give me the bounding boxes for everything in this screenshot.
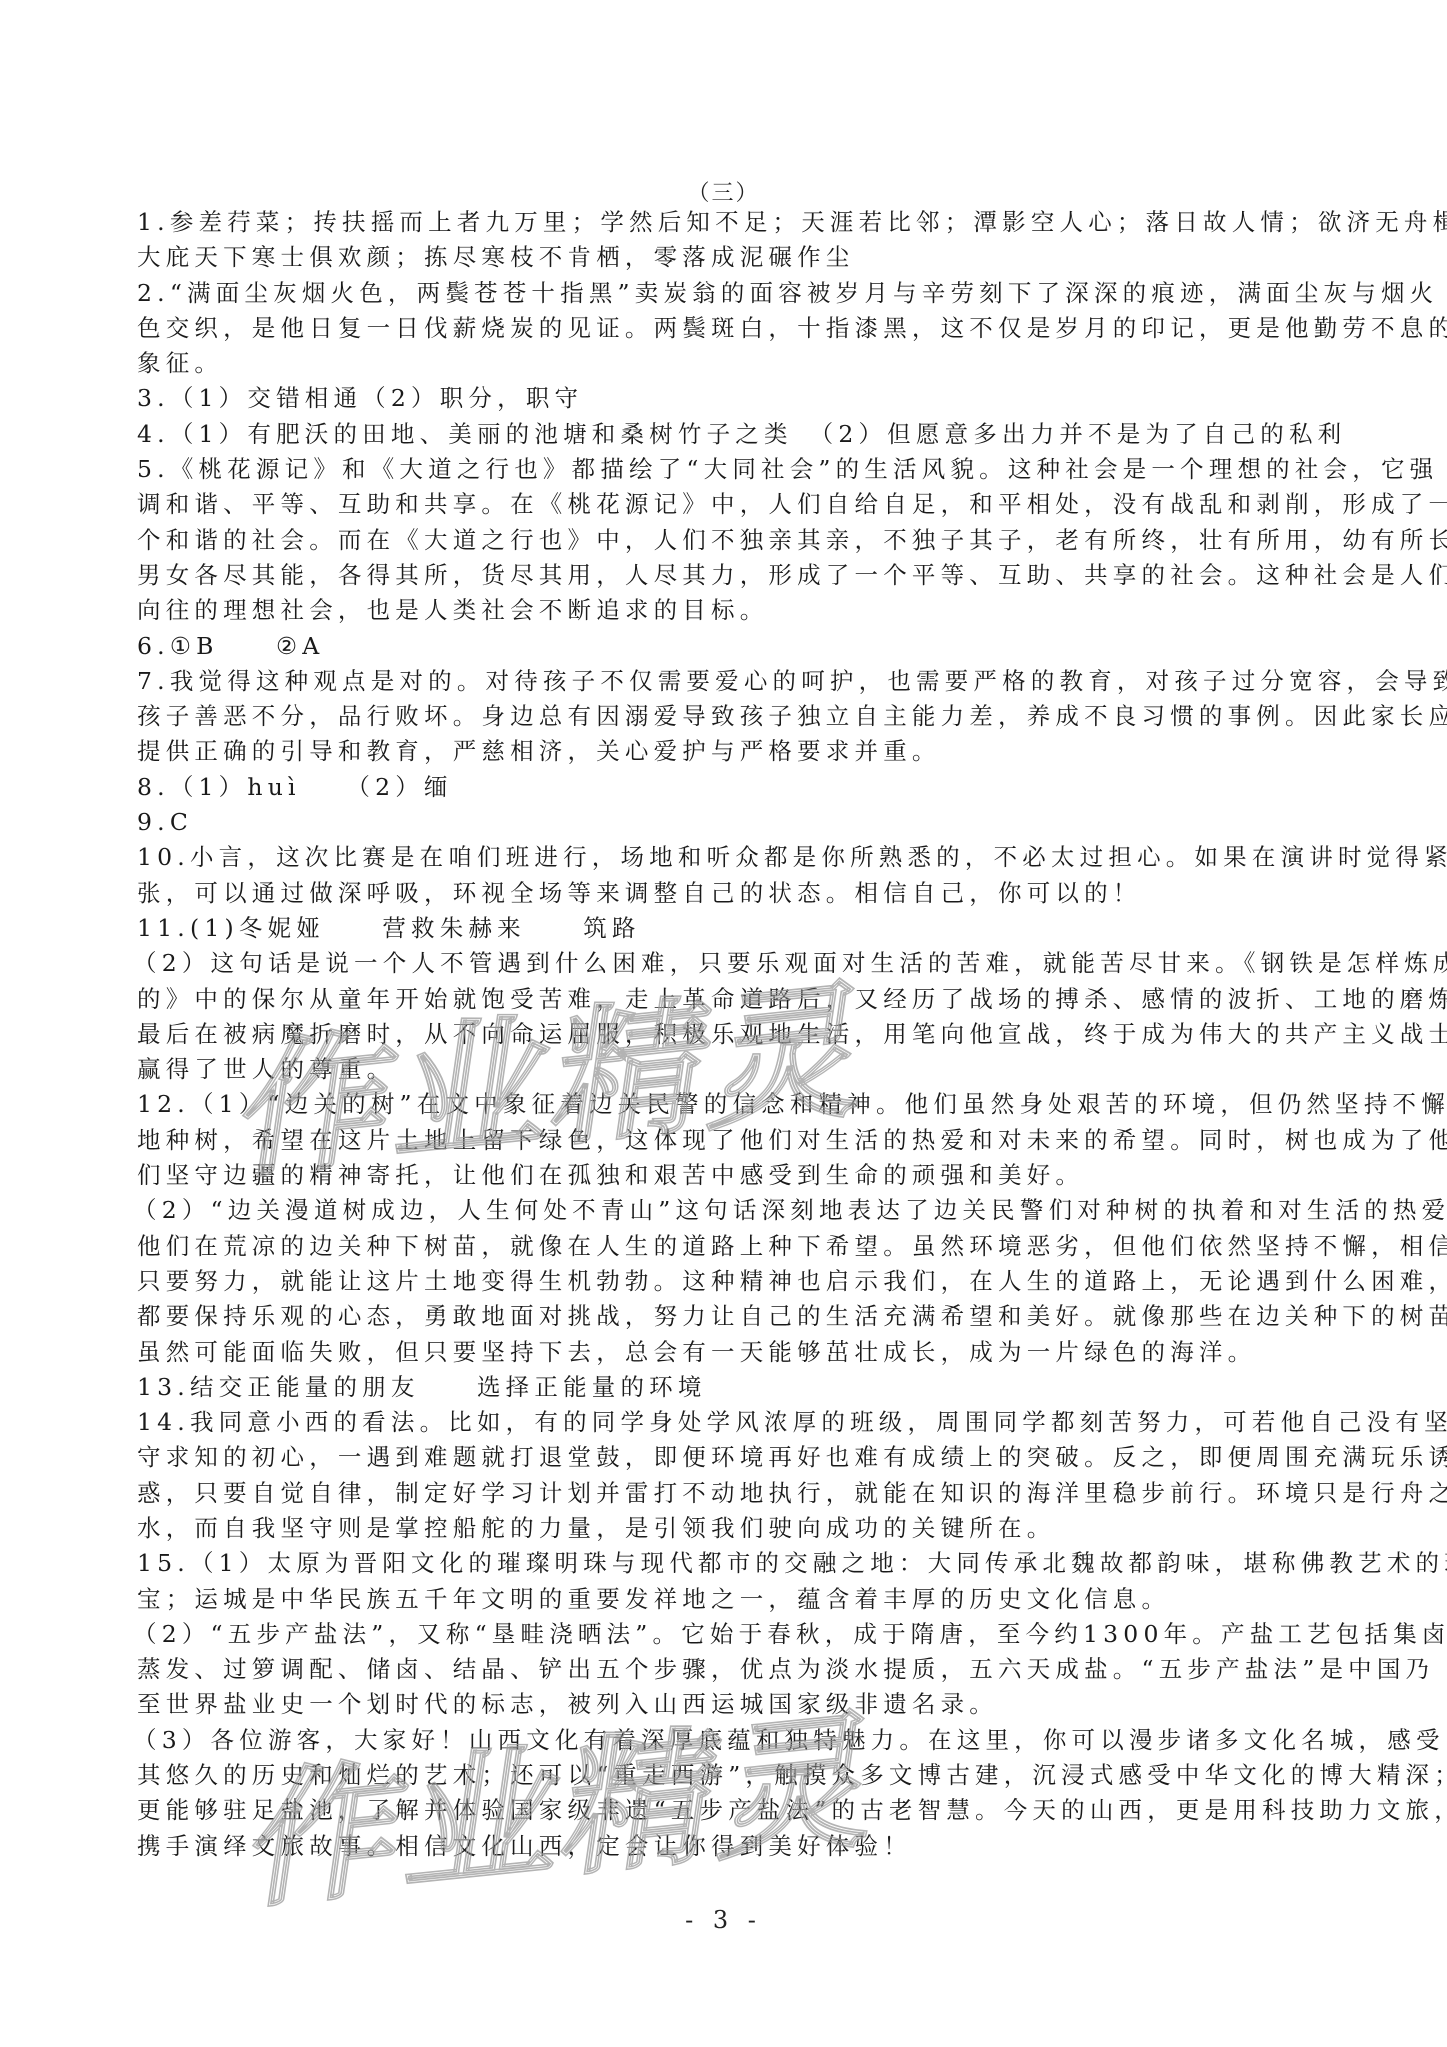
text-line: 赢得了世人的尊重。 [137,1052,1309,1087]
text-line: 向往的理想社会，也是人类社会不断追求的目标。 [137,593,1309,628]
text-line: （3）各位游客，大家好！山西文化有着深厚底蕴和独特魅力。在这里，你可以漫步诸多文… [133,1723,1309,1758]
text-line: （2）“五步产盐法”，又称“垦畦浇晒法”。它始于春秋，成于隋唐，至今约1300年… [133,1617,1309,1652]
text-line: 5.《桃花源记》和《大道之行也》都描绘了“大同社会”的生活风貌。这种社会是一个理… [137,452,1309,487]
text-line: 更能够驻足盐池，了解并体验国家级非遗“五步产盐法”的古老智慧。今天的山西，更是用… [137,1793,1309,1828]
text-line: 8.（1）huì （2）缅 [137,770,1309,805]
text-line: 4.（1）有肥沃的田地、美丽的池塘和桑树竹子之类 （2）但愿意多出力并不是为了自… [137,417,1309,452]
text-line: 15.（1）太原为晋阳文化的璀璨明珠与现代都市的交融之地：大同传承北魏故都韵味，… [137,1546,1309,1581]
text-line: 调和谐、平等、互助和共享。在《桃花源记》中，人们自给自足，和平相处，没有战乱和剥… [137,487,1309,522]
text-line: 11.(1)冬妮娅 营救朱赫来 筑路 [137,911,1309,946]
text-line: 虽然可能面临失败，但只要坚持下去，总会有一天能够茁壮成长，成为一片绿色的海洋。 [137,1335,1309,1370]
text-line: 只要努力，就能让这片土地变得生机勃勃。这种精神也启示我们，在人生的道路上，无论遇… [137,1264,1309,1299]
text-line: 12.（1）“边关的树”在文中象征着边关民警的信念和精神。他们虽然身处艰苦的环境… [137,1087,1309,1122]
text-line: 他们在荒凉的边关种下树苗，就像在人生的道路上种下希望。虽然环境恶劣，但他们依然坚… [137,1229,1309,1264]
text-line: 宝；运城是中华民族五千年文明的重要发祥地之一，蕴含着丰厚的历史文化信息。 [137,1582,1309,1617]
page-number: - 3 - [0,1906,1447,1934]
text-line: 6.①B ②A [137,629,1309,664]
text-line: 象征。 [137,346,1309,381]
text-line: 9.C [137,805,1309,840]
text-line: 孩子善恶不分，品行败坏。身边总有因溺爱导致孩子独立自主能力差，养成不良习惯的事例… [137,699,1309,734]
text-line: 们坚守边疆的精神寄托，让他们在孤独和艰苦中感受到生命的顽强和美好。 [137,1158,1309,1193]
text-line: 的》中的保尔从童年开始就饱受苦难，走上革命道路后，又经历了战场的搏杀、感情的波折… [137,982,1309,1017]
text-line: 色交织，是他日复一日伐薪烧炭的见证。两鬓斑白，十指漆黑，这不仅是岁月的印记，更是… [137,311,1309,346]
text-line: 男女各尽其能，各得其所，货尽其用，人尽其力，形成了一个平等、互助、共享的社会。这… [137,558,1309,593]
text-line: 地种树，希望在这片土地上留下绿色，这体现了他们对生活的热爱和对未来的希望。同时，… [137,1123,1309,1158]
section-title: （三） [0,176,1447,207]
text-line: 水，而自我坚守则是掌控船舵的力量，是引领我们驶向成功的关键所在。 [137,1511,1309,1546]
text-line: 携手演绎文旅故事。相信文化山西，定会让你得到美好体验！ [137,1829,1309,1864]
text-line: 其悠久的历史和灿烂的艺术；还可以“重走西游”，触摸众多文博古建，沉浸式感受中华文… [137,1758,1309,1793]
answer-key-page: （三） 1.参差荇菜；抟扶摇而上者九万里；学然后知不足；天涯若比邻；潭影空人心；… [0,0,1447,2047]
text-line: 大庇天下寒士俱欢颜；拣尽寒枝不肯栖，零落成泥碾作尘 [137,240,1309,275]
text-line: 蒸发、过箩调配、储卤、结晶、铲出五个步骤，优点为淡水提质，五六天成盐。“五步产盐… [137,1652,1309,1687]
text-line: 都要保持乐观的心态，勇敢地面对挑战，努力让自己的生活充满希望和美好。就像那些在边… [137,1299,1309,1334]
text-line: 14.我同意小西的看法。比如，有的同学身处学风浓厚的班级，周围同学都刻苦努力，可… [137,1405,1309,1440]
text-line: 10.小言，这次比赛是在咱们班进行，场地和听众都是你所熟悉的，不必太过担心。如果… [137,840,1309,875]
text-line: （2）这句话是说一个人不管遇到什么困难，只要乐观面对生活的苦难，就能苦尽甘来。《… [133,946,1309,981]
text-line: 守求知的初心，一遇到难题就打退堂鼓，即便环境再好也难有成绩上的突破。反之，即便周… [137,1440,1309,1475]
text-line: 3.（1）交错相通（2）职分，职守 [137,381,1309,416]
text-line: 张，可以通过做深呼吸，环视全场等来调整自己的状态。相信自己，你可以的！ [137,876,1309,911]
text-line: 13.结交正能量的朋友 选择正能量的环境 [137,1370,1309,1405]
text-line: 提供正确的引导和教育，严慈相济，关心爱护与严格要求并重。 [137,734,1309,769]
text-line: 至世界盐业史一个划时代的标志，被列入山西运城国家级非遗名录。 [137,1687,1309,1722]
text-line: 最后在被病魔折磨时，从不向命运屈服，积极乐观地生活，用笔向他宣战，终于成为伟大的… [137,1017,1309,1052]
text-line: 2.“满面尘灰烟火色，两鬓苍苍十指黑”卖炭翁的面容被岁月与辛劳刻下了深深的痕迹，… [137,276,1309,311]
text-line: 1.参差荇菜；抟扶摇而上者九万里；学然后知不足；天涯若比邻；潭影空人心；落日故人… [137,205,1309,240]
text-line: 7.我觉得这种观点是对的。对待孩子不仅需要爱心的呵护，也需要严格的教育，对孩子过… [137,664,1309,699]
answer-text-body: 1.参差荇菜；抟扶摇而上者九万里；学然后知不足；天涯若比邻；潭影空人心；落日故人… [137,205,1309,1864]
text-line: 个和谐的社会。而在《大道之行也》中，人们不独亲其亲，不独子其子，老有所终，壮有所… [137,523,1309,558]
text-line: （2）“边关漫道树成边，人生何处不青山”这句话深刻地表达了边关民警们对种树的执着… [133,1193,1309,1228]
text-line: 惑，只要自觉自律，制定好学习计划并雷打不动地执行，就能在知识的海洋里稳步前行。环… [137,1476,1309,1511]
